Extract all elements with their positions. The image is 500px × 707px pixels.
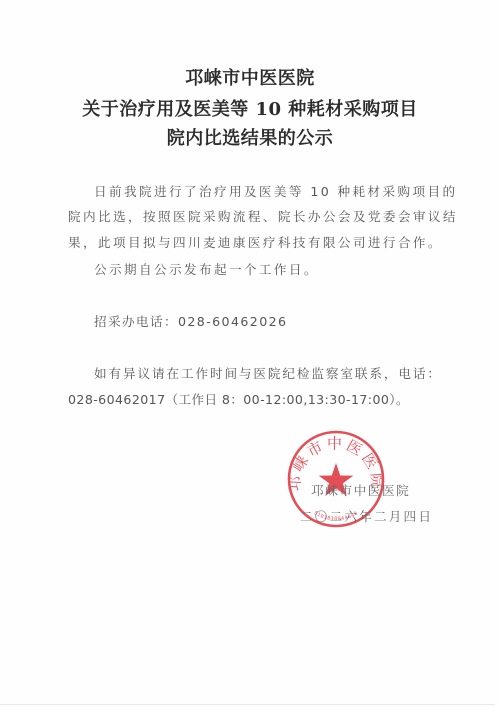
- signature-organization: 邛崃市中医医院: [311, 480, 410, 499]
- document-page: 邛崃市中医医院 关于治疗用及医美等 10 种耗材采购项目 院内比选结果的公示 日…: [0, 0, 500, 707]
- objection-line-2: 028-60462017（工作日 8：00-12:00,13:30-17:00）…: [68, 389, 409, 408]
- body-paragraph-1-line-1: 日前我院进行了治疗用及医美等 10 种耗材采购项目的: [94, 181, 458, 200]
- announcement-title-line-2: 院内比选结果的公示: [0, 124, 500, 150]
- procurement-contact: 招采办电话：028-60462026: [94, 311, 287, 330]
- hospital-name-title: 邛崃市中医医院: [0, 64, 500, 90]
- body-paragraph-2: 公示期自公示发布起一个工作日。: [94, 259, 319, 278]
- objection-line-1: 如有异议请在工作时间与医院纪检监察室联系，电话：: [94, 363, 442, 382]
- page-bottom-edge: [0, 704, 495, 705]
- body-paragraph-1-line-2: 院内比选，按照医院采购流程、院长办公会及党委会审议结: [68, 206, 458, 225]
- body-paragraph-1-line-3: 果，此项目拟与四川麦迪康医疗科技有限公司进行合作。: [68, 232, 443, 251]
- signature-date: 二〇二六年二月四日: [300, 506, 433, 525]
- announcement-title-line-1: 关于治疗用及医美等 10 种耗材采购项目: [0, 95, 500, 121]
